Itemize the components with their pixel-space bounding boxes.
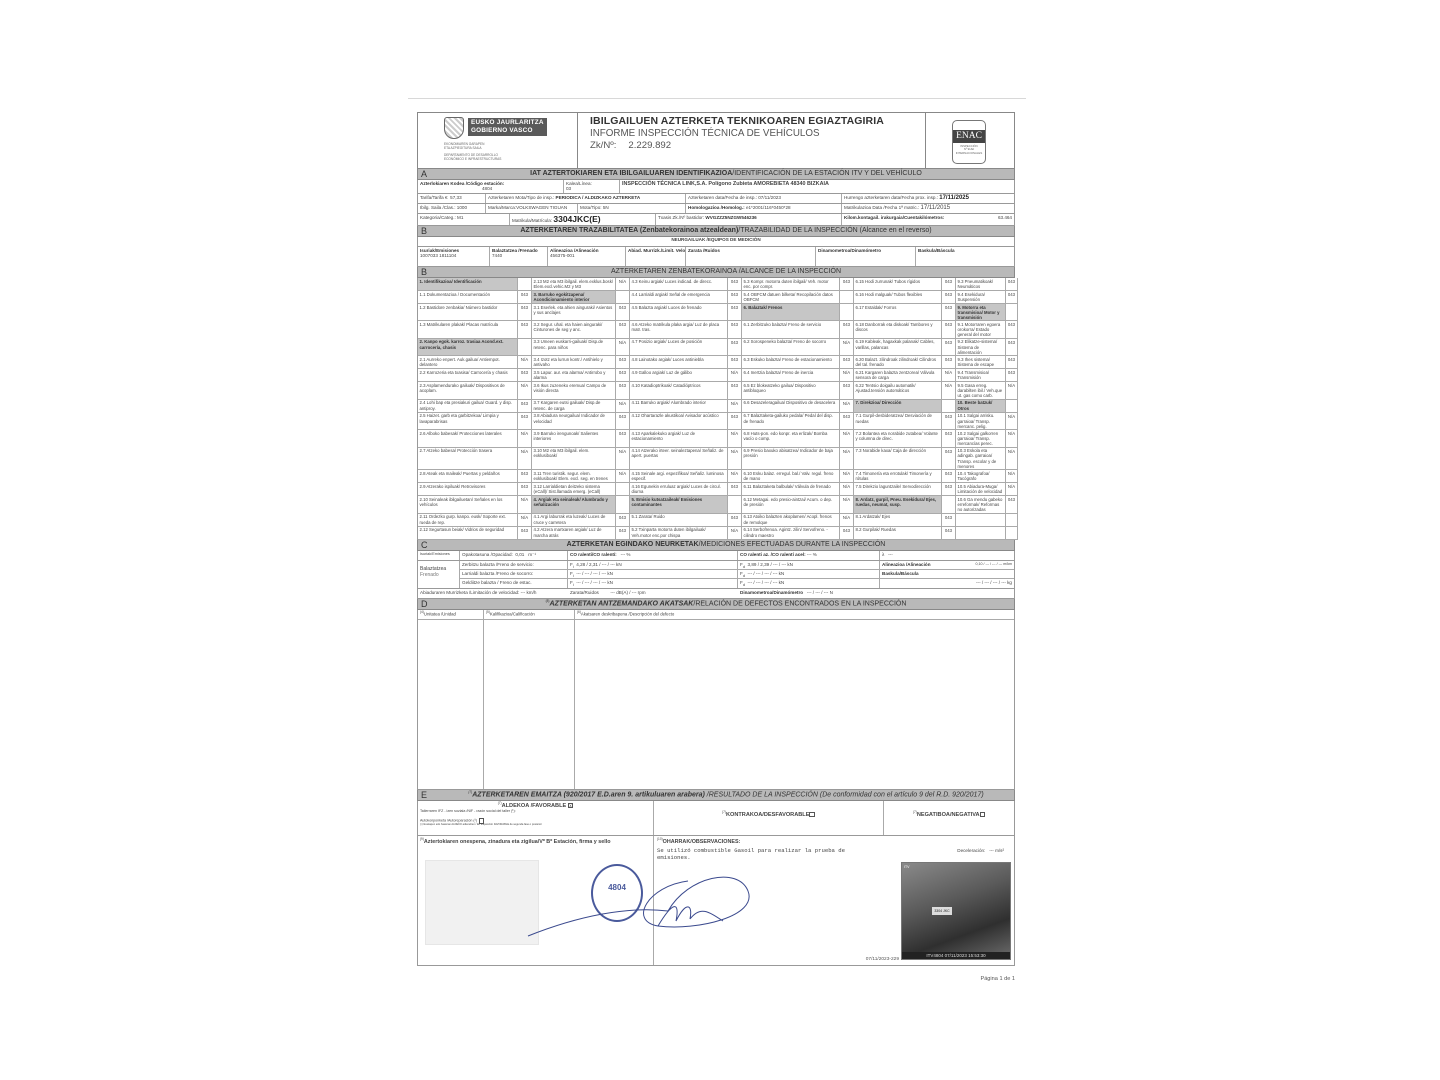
- scope-code: N/A: [840, 496, 854, 513]
- title-spanish: INFORME INSPECCIÓN TÉCNICA DE VEHÍCULOS: [590, 128, 913, 139]
- scope-code: 043: [518, 400, 532, 413]
- scope-code: N/A: [518, 514, 532, 527]
- scope-item: 6.11 Balaztaketa balbulak/ Válvula de fr…: [742, 483, 840, 496]
- scope-item: 2.8 Ateak eta maileak/ Puertas y peldaño…: [418, 470, 518, 483]
- scope-item: 6.9 Presio baxuko abisatzea/ Indicador d…: [742, 448, 840, 471]
- scope-code: N/A: [518, 448, 532, 471]
- scope-item: 3.4 Izotz eta lurrun kontr./ Antihielo y…: [532, 356, 616, 369]
- scope-code: 043: [942, 321, 956, 338]
- scope-code: 043: [728, 291, 742, 304]
- scope-item: 8.1 Ardatzak/ Ejes: [854, 514, 942, 527]
- scope-code: 043: [728, 278, 742, 291]
- scope-code: N/A: [840, 369, 854, 382]
- section-b-scope-header: B AZTERKETAREN ZENBATEKORAINOA /ALCANCE …: [417, 267, 1015, 278]
- scope-item: 1.2 Bastidore zenbakia/ Número bastidor: [418, 304, 518, 321]
- scope-code: 043: [942, 470, 956, 483]
- station-code: Azterlokiaren Kodea /Código estación: 48…: [418, 180, 564, 193]
- scope-item: 2.7 Atzeko babesa/ Protección trasera: [418, 448, 518, 471]
- scope-item: 6.22 Tentsio doigailu automatik/ Ajustad…: [854, 382, 942, 399]
- scope-code: 043: [728, 483, 742, 496]
- section-d-header: D (8)AZTERKETAN ANTZEMANDAKO AKATSAK/REL…: [417, 599, 1015, 610]
- scope-code: N/A: [518, 356, 532, 369]
- scope-code: 043: [728, 356, 742, 369]
- scope-item: 9.3 Pneumatikoak/ Neumáticos: [956, 278, 1006, 291]
- scope-item: 6.17 Estaldak/ Forros: [854, 304, 942, 321]
- scope-item: 2.12 Segurtasun beiak/ Vidrios de seguri…: [418, 527, 518, 540]
- scope-code: 043: [616, 413, 630, 430]
- report-title: IBILGAILUEN AZTERKETA TEKNIKOAREN EGIAZT…: [578, 113, 926, 168]
- scope-code: 043: [942, 339, 956, 356]
- scope-item: 4.13 Aparkalekuko argiak/ Luz de estacio…: [630, 430, 728, 447]
- scope-item: 10.2 Salgai galkorren garraioa/ Transp. …: [956, 430, 1006, 447]
- scope-code: 043: [942, 304, 956, 321]
- dept-eu: EKONOMIAREN GARAPEN ETA AZPIEGITURA SAIL…: [444, 143, 484, 151]
- scope-code: 043: [616, 304, 630, 321]
- equipment-cell: Dinamometroa/Dinamómetro: [816, 247, 916, 266]
- scope-item: 4.5 Balazta argiak/ Luces de frenado: [630, 304, 728, 321]
- scope-code: 043: [616, 356, 630, 369]
- scope-item: 3.10 M2 eta M3 ibilgail. elem. exklusibo…: [532, 448, 616, 471]
- title-basque: IBILGAILUEN AZTERKETA TEKNIKOAREN EGIAZT…: [590, 115, 913, 127]
- scope-code: [518, 339, 532, 356]
- scope-item: 6.14 Serbofrenoa. Agintz. zilin/ Servofr…: [742, 527, 840, 540]
- scope-code: N/A: [1006, 430, 1018, 447]
- scope-code: [616, 483, 630, 496]
- scope-code: N/A: [1006, 382, 1018, 399]
- scope-code: N/A: [840, 514, 854, 527]
- section-c-header: C AZTERKETAN EGINDAKO NEURKETAK/MEDICION…: [417, 540, 1015, 551]
- scope-code: N/A: [840, 400, 854, 413]
- scope-code: [616, 291, 630, 304]
- scope-code: N/A: [840, 339, 854, 356]
- scope-item: 4.1 Argi laburrak eta luzeak/ Luces de c…: [532, 514, 616, 527]
- scope-code: N/A: [518, 496, 532, 513]
- scope-item: 10.6 Ga mendu gabeko erreformak/ Reforma…: [956, 496, 1006, 513]
- scope-code: 043: [518, 470, 532, 483]
- scope-item: 9.1 Motorraren egoera orokorra/ Estado g…: [956, 321, 1006, 338]
- scope-code: [1006, 527, 1018, 540]
- scope-item: 1.1 Dokumentazioa / Documentación: [418, 291, 518, 304]
- scope-item: 4.9 Galloo argiak/ Luz de gálibo: [630, 369, 728, 382]
- scope-code: N/A: [728, 448, 742, 471]
- scope-item: 6.20 Balazt. zilindroak zilindroak/ Cili…: [854, 356, 942, 369]
- scope-code: 043: [728, 339, 742, 356]
- scope-item: 3.2 Segur. uhal. eta haien ainguraki/ Ci…: [532, 321, 616, 338]
- scope-item: 7. Direkzioa/ Dirección: [854, 400, 942, 413]
- scope-code: [942, 496, 956, 513]
- plate-row: Kategoria/Categ.: M1 Matrikula/Matrícula…: [417, 214, 1015, 226]
- scope-code: N/A: [1006, 448, 1018, 471]
- scope-code: 043: [942, 430, 956, 447]
- scope-item: 1.3 Matrikularen plakak/ Placas matrícul…: [418, 321, 518, 338]
- scope-code: N/A: [616, 400, 630, 413]
- scope-item: 6.8 Huts-pon. edo konpr. eta erlizak/ Bo…: [742, 430, 840, 447]
- scope-item: 4. Argiak eta seinaleak/ Alumbrado y señ…: [532, 496, 616, 513]
- parking-brake-row: Geldiitze balazta / Freno de estac. Fi -…: [460, 579, 1014, 588]
- scope-item: 2.11 Ordezko gurp. kanpo. eusk/ Soporte …: [418, 514, 518, 527]
- scope-code: [1006, 304, 1018, 321]
- scope-item: 2.10 Seinaleak ibilgailuetan/ Señales en…: [418, 496, 518, 513]
- equipment-cell: Isuriak/Emisiones1007033 1811104: [418, 247, 490, 266]
- scope-code: 043: [518, 321, 532, 338]
- report-header: EUSKO JAURLARITZA GOBIERNO VASCO EKONOMI…: [417, 112, 1015, 169]
- favorable-checkbox: x: [568, 803, 574, 809]
- equipment-cell: Abiad. Murrizk./Limit. Veloc.: [626, 247, 686, 266]
- inspection-scope-grid: 1. Identifikazioa/ Identificación2.13 M2…: [417, 278, 1015, 540]
- scope-code: 043: [728, 304, 742, 321]
- scope-code: N/A: [728, 369, 742, 382]
- scope-item: 4.2 Atzera martxaren argiak/ Luz de marc…: [532, 527, 616, 540]
- scope-item: 7.2 Bolantea eta norabide zutabea/ Volan…: [854, 430, 942, 447]
- result-negative: (7)NEGATIBOA/NEGATIVA: [884, 801, 1014, 835]
- scope-item: 6.5 Ez blokeatzeko gailua/ Dispositivo a…: [742, 382, 840, 399]
- station-row: Azterlokiaren Kodea /Código estación: 48…: [417, 180, 1015, 194]
- scope-item: 3.5 Lapur. aur. eta alarma/ Antirrobo y …: [532, 369, 616, 382]
- scope-item: 10.4 Takografoa/ Tacógrafo: [956, 470, 1006, 483]
- scope-code: 043: [616, 369, 630, 382]
- scope-item: 4.11 Barruko argiak/ Alumbrado interior: [630, 400, 728, 413]
- section-b-traceability-header: B AZTERKETAREN TRAZABILITATEA (Zenbateko…: [417, 226, 1015, 237]
- odometer: 63.464: [998, 215, 1012, 220]
- scope-code: N/A: [616, 448, 630, 471]
- scope-code: 043: [1006, 278, 1018, 291]
- defects-table: (4)Unitatea /Unidad (5)Kalifikazioa/Cali…: [417, 610, 1015, 790]
- scope-code: [728, 496, 742, 513]
- scope-item: 1. Identifikazioa/ Identificación: [418, 278, 518, 291]
- scope-code: 043: [518, 304, 532, 321]
- scope-code: 043: [728, 514, 742, 527]
- scope-code: [840, 304, 854, 321]
- scope-item: 5. Emisio kutsatzaileak/ Emisiones conta…: [630, 496, 728, 513]
- scope-code: 043: [1006, 339, 1018, 356]
- scope-code: N/A: [728, 527, 742, 540]
- scope-code: 043: [616, 430, 630, 447]
- scope-item: 4.4 Larrialdi argiak/ Señal de emergenci…: [630, 291, 728, 304]
- tariff-row: Tarifa/Tarifa € 57,33 Azterketaren Mota/…: [417, 194, 1015, 204]
- scope-code: 043: [518, 527, 532, 540]
- scope-item: 6.6 Desazeleragailua/ Dispositivo de des…: [742, 400, 840, 413]
- scope-item: 6.16 Hodi malguak/ Tubos flexibles: [854, 291, 942, 304]
- observations-text: Se utilizó combustible Gasoil para reali…: [657, 847, 877, 862]
- scope-code: N/A: [728, 400, 742, 413]
- coat-of-arms-icon: [444, 117, 464, 139]
- scope-code: 043: [1006, 356, 1018, 369]
- scope-item: 9.3 Ihes sistema/ Sistema de escape: [956, 356, 1006, 369]
- scope-item: 7.4 Timonería eta errotulak/ Timonería y…: [854, 470, 942, 483]
- scope-item: 4.16 Egunekin erruluaz argiak/ Luces de …: [630, 483, 728, 496]
- scope-code: 043: [942, 291, 956, 304]
- scope-item: 9.5 Gasa erreg. darabilten ibil./ Veh.qu…: [956, 382, 1006, 399]
- scope-item: 9. Motorra eta transmisioa/ Motor y tran…: [956, 304, 1006, 321]
- scope-item: 2.4 Lohi bap eta presiakuri gailua/ Guar…: [418, 400, 518, 413]
- equipment-row: Isuriak/Emisiones1007033 1811104Balaztat…: [417, 247, 1015, 267]
- scope-item: 3.7 Kargaren eutsi gailuak/ Disp.de rete…: [532, 400, 616, 413]
- scope-code: 043: [616, 321, 630, 338]
- scope-item: 9.4 Transmisioa/ Transmisión: [956, 369, 1006, 382]
- scope-code: N/A: [840, 470, 854, 483]
- scope-item: 10.3 Eskola eta adingab. garraioa/ Trans…: [956, 448, 1006, 471]
- scope-item: 9.4 Esekidura/ Suspensión: [956, 291, 1006, 304]
- scope-code: 043: [840, 321, 854, 338]
- scope-code: 043: [840, 278, 854, 291]
- enac-logo: ENAC INSPECCIÓN Nº 91/EI INTERNACIONALES: [926, 113, 1014, 168]
- section-e-header: E (7)AZTERKETAREN EMAITZA (920/2017 E.D.…: [417, 790, 1015, 801]
- scope-code: [1006, 400, 1018, 413]
- scope-code: N/A: [942, 382, 956, 399]
- scope-item: 6.21 Kargaren balazta zentzorea/ Válvula…: [854, 369, 942, 382]
- scope-item: 5.2 Txinparta motorra duten ibilgailuak/…: [630, 527, 728, 540]
- scope-code: 043: [942, 413, 956, 430]
- scope-item: 2.3 Asplamendurako gailuak/ Dispositivos…: [418, 382, 518, 399]
- dept-es: DEPARTAMENTO DE DESARROLLO ECONÓMICO E I…: [444, 154, 501, 162]
- scope-code: 043: [518, 291, 532, 304]
- basque-government-logo: EUSKO JAURLARITZA GOBIERNO VASCO EKONOMI…: [418, 113, 578, 168]
- scope-item: 4.12 Ohartarazle akustikoa/ Avisador acú…: [630, 413, 728, 430]
- scope-item: 2. Kanpo egok. karroz. trasiaa Acond.ext…: [418, 339, 518, 356]
- scope-item: [956, 514, 1006, 527]
- inspection-report: EUSKO JAURLARITZA GOBIERNO VASCO EKONOMI…: [417, 112, 1015, 974]
- scope-code: 043: [616, 382, 630, 399]
- scope-item: 4.10 Katadioptrikoak/ Catadióptricos: [630, 382, 728, 399]
- scope-item: 3.8 Abiadura neurgailua/ Indicador de ve…: [532, 413, 616, 430]
- scope-item: 4.7 Posizio argiak/ Luces de posición: [630, 339, 728, 356]
- scope-code: N/A: [942, 369, 956, 382]
- scope-code: N/A: [840, 448, 854, 471]
- equipment-cell: Zarata /Ruidos: [686, 247, 816, 266]
- scope-item: 5.4 OBFCM datuen bilketa/ Recopilación d…: [742, 291, 840, 304]
- scope-item: 4.8 Lainotako argiak/ Luces antiniebla: [630, 356, 728, 369]
- scope-item: 7.3 Norabide kaxa/ Caja de dirección: [854, 448, 942, 471]
- license-plate: 3304JKC(E): [553, 214, 600, 224]
- scope-item: 3.3 Umeen euskarri-gailuak/ Disp.de rete…: [532, 339, 616, 356]
- scope-item: 3.1 Eserlek. eta ahien ainguraki/ Asient…: [532, 304, 616, 321]
- scope-code: 043: [840, 356, 854, 369]
- scope-code: 043: [518, 369, 532, 382]
- scope-item: 2.13 M2 eta M3 ibilgail. elem.exklus.bos…: [532, 278, 616, 291]
- scope-item: 9.2 Elikatze-sistema/ Sistema de aliment…: [956, 339, 1006, 356]
- report-number: Zk/Nº:2.229.892: [590, 140, 913, 151]
- scope-item: 6.12 Metagai. edo presio-aintzai/ Acum. …: [742, 496, 840, 513]
- scope-code: 043: [728, 321, 742, 338]
- negative-checkbox: [980, 812, 986, 818]
- inspection-result: (7)ALDEKOA /FAVORABLE x Tailerraren IFZ …: [417, 801, 1015, 836]
- scope-code: N/A: [1006, 470, 1018, 483]
- scope-code: 043: [1006, 291, 1018, 304]
- scope-code: 043: [942, 278, 956, 291]
- scope-item: 6. Balaztak/ Frenos: [742, 304, 840, 321]
- scope-code: [1006, 514, 1018, 527]
- scope-code: N/A: [616, 470, 630, 483]
- scope-code: 043: [518, 413, 532, 430]
- scope-item: 7.1 Gurpil-desbideratzea/ Desviación de …: [854, 413, 942, 430]
- equipment-cell: Balaztatzea /Frenado7440: [490, 247, 548, 266]
- scope-code: 043: [840, 527, 854, 540]
- scope-item: 3.12 Larrialdietan deitzeko sistema (eCa…: [532, 483, 616, 496]
- scope-item: 4.3 Keinu argiak/ Luces indicad. de dire…: [630, 278, 728, 291]
- signature-section: (9)Aztertokiaren onespena, zinadura eta …: [417, 836, 1015, 966]
- measurements: Isuriak/Emisiones Opakotasuna /Opacidad:…: [417, 551, 1015, 599]
- scope-code: 043: [518, 483, 532, 496]
- scope-item: [956, 527, 1006, 540]
- scope-code: 043: [840, 413, 854, 430]
- scope-code: N/A: [840, 483, 854, 496]
- unfavorable-checkbox: [809, 812, 815, 818]
- scope-item: 2.2 Karrozeria eta txasisa/ Carrocería y…: [418, 369, 518, 382]
- scope-item: 3. Barruko egokitzapena/ Acondicionamien…: [532, 291, 616, 304]
- scope-code: 043: [616, 514, 630, 527]
- scope-code: [840, 291, 854, 304]
- service-brake-row: Zerbitzu balazta /Freno de servicio: Fi …: [460, 561, 1014, 570]
- scope-item: 10.5 Abiadura-Muga/ Limitación de veloci…: [956, 483, 1006, 496]
- scope-item: 4.14 Atzerako irteer. seinaleztapena/ Se…: [630, 448, 728, 471]
- scope-code: 043: [942, 356, 956, 369]
- scope-code: N/A: [728, 470, 742, 483]
- scope-item: 3.11 Tren turistik. segur. elem. exklusi…: [532, 470, 616, 483]
- emergency-brake-row: Larrialdi balazta /Freno de socorro: Fi …: [460, 570, 1014, 579]
- scope-item: 4.6 Atzeko matrikula plaka argia/ Luz de…: [630, 321, 728, 338]
- scope-item: 8.2 Gurpilak/ Ruedas: [854, 527, 942, 540]
- scope-code: [518, 278, 532, 291]
- scope-item: 3.6 Ikus zuzeneko eremua/ Campo de visió…: [532, 382, 616, 399]
- scan-top-edge: [408, 98, 1026, 99]
- scope-item: 6.4 Inertzia balazta/ Freno de inercia: [742, 369, 840, 382]
- scope-code: 043: [942, 514, 956, 527]
- result-unfavorable: (7)KONTRAKOA/DESFAVORABLE: [654, 801, 884, 835]
- scope-item: 2.1 Aurreko enpert. Auk.gailua/ Antiempo…: [418, 356, 518, 369]
- braking-label: Balaztatzea Frenado: [418, 561, 460, 588]
- section-a-header: A IAT AZTERTOKIAREN ETA IBILGAILUAREN ID…: [417, 169, 1015, 180]
- scope-item: 6.15 Hodi zurrunak/ Tubos rígidos: [854, 278, 942, 291]
- scope-item: 5.1 Zarata/ Ruido: [630, 514, 728, 527]
- scope-item: 6.3 Eskuko balazta/ Freno de estacionami…: [742, 356, 840, 369]
- vehicle-photo: ITV 3304 JKC ITV4804 07/11/2023 15:53:30: [901, 862, 1011, 960]
- scope-item: 6.13 Atoiko balazten akoplamen/ Acopl. f…: [742, 514, 840, 527]
- scope-item: 7.5 Direkzio laguntzaile/ Servodirección: [854, 483, 942, 496]
- scope-code: N/A: [518, 382, 532, 399]
- scope-code: 043: [942, 483, 956, 496]
- scope-item: 4.15 Seinale argi. espezifikoa/ Señaliz.…: [630, 470, 728, 483]
- page-number: Página 1 de 1: [980, 976, 1015, 982]
- scope-code: 043: [1006, 496, 1018, 513]
- equipment-title: NEURGAILUAK /EQUIPOS DE MEDICIÓN: [417, 237, 1015, 247]
- scope-item: 6.18 Danborrak eta diskoak/ Tambores y d…: [854, 321, 942, 338]
- scope-item: 2.5 Haizet. garb eta garbitzekoa/ Limpia…: [418, 413, 518, 430]
- scope-code: N/A: [1006, 413, 1018, 430]
- scope-code: 043: [616, 527, 630, 540]
- scope-item: 10. Beste batzuk/ Otros: [956, 400, 1006, 413]
- scope-code: N/A: [616, 339, 630, 356]
- scope-code: N/A: [1006, 483, 1018, 496]
- equipment-cell: Alineazioa /Alineación456375-001: [548, 247, 626, 266]
- station-name: INSPECCIÓN TÉCNICA LINK,S.A. Polígono Zu…: [620, 180, 1014, 193]
- scope-code: 043: [942, 527, 956, 540]
- scope-item: 2.9 Atzerako ispiluak/ Retrovisores: [418, 483, 518, 496]
- scope-item: 8. Ardatz, gurpil, Pneu. Esekidura/ Ejes…: [854, 496, 942, 513]
- opacity-value: 0,01: [515, 552, 524, 557]
- scope-code: 043: [728, 413, 742, 430]
- scope-code: 043: [942, 448, 956, 471]
- scope-code: N/A: [518, 430, 532, 447]
- scope-item: 6.7 Balaztaketa-gailuko pedala/ Pedal de…: [742, 413, 840, 430]
- scope-item: 2.6 Alboko babesak/ Protecciones lateral…: [418, 430, 518, 447]
- station-line: Kalea/Línea: 03: [564, 180, 620, 193]
- scope-item: 5.3 Kompr. motorra duten ibilgail/ Veh. …: [742, 278, 840, 291]
- scope-code: 043: [728, 382, 742, 399]
- scope-code: 043: [840, 382, 854, 399]
- vehicle-row: Ibilg. Saila /Clas.: 1000 Marka/Marca:VO…: [417, 204, 1015, 214]
- scope-code: N/A: [728, 430, 742, 447]
- scope-code: 043: [1006, 321, 1018, 338]
- scope-item: 10.1 Salgai arrisku. garraioa/ Transp. m…: [956, 413, 1006, 430]
- scope-item: 6.19 Kableak, hagaxkak palanak/ Cables, …: [854, 339, 942, 356]
- scope-code: N/A: [840, 430, 854, 447]
- vin: WVGZZZ5NZGW546236: [705, 215, 756, 220]
- scope-code: N/A: [616, 278, 630, 291]
- equipment-cell: Baskula/Báscula: [916, 247, 1014, 266]
- scope-code: 043: [1006, 369, 1018, 382]
- scope-code: [616, 496, 630, 513]
- scope-item: 6.10 Esku balaz. erregul. bal./ Valv. re…: [742, 470, 840, 483]
- scope-code: [942, 400, 956, 413]
- scope-item: 6.2 Sorospeneko balazta/ Freno de socorr…: [742, 339, 840, 356]
- result-favorable: (7)ALDEKOA /FAVORABLE x: [420, 802, 651, 809]
- scope-item: 6.1 Zerbitzuko balazta/ Freno de servici…: [742, 321, 840, 338]
- gov-name: EUSKO JAURLARITZA GOBIERNO VASCO: [468, 118, 547, 136]
- scope-item: 3.9 Barruko irengunoak/ Salientes interi…: [532, 430, 616, 447]
